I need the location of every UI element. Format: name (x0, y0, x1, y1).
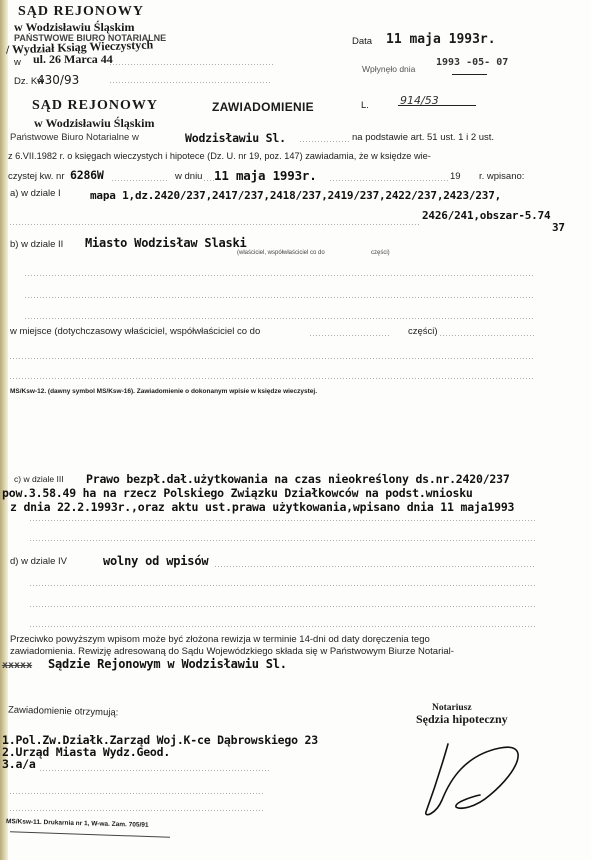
year-prefix: 19 (450, 171, 461, 182)
signature-title: Sędzia hipoteczny (416, 712, 508, 727)
appeal-text-line1: Przeciwko powyższym wpisom może być złoż… (10, 634, 430, 645)
section-b-owner: Miasto Wodzisław Slaski (85, 236, 247, 250)
entry-date-label: w dniu (175, 171, 202, 182)
section-c-line2: pow.3.58.49 ha na rzecz Polskiego Związk… (2, 486, 473, 500)
section-a-line3: 37 (552, 221, 565, 234)
address-prefix: w (14, 57, 21, 68)
section-c-line1: Prawo bezpł.dał.użytkowania na czas nieo… (86, 472, 510, 486)
received-stamp-date: 1993 -05- 07 (436, 57, 508, 68)
section-b-hint: (właściciel, współwłaściciel co do (237, 250, 325, 256)
legal-reference: z 6.VII.1982 r. o księgach wieczystych i… (8, 151, 431, 161)
kw-label: czystej kw. nr (8, 171, 65, 182)
previous-owner-label: w miejsce (dotychczasowy właściciel, wsp… (10, 326, 260, 337)
court-address: ul. 26 Marca 44 (33, 52, 113, 67)
section-b-hint-end: części) (371, 250, 390, 256)
section-a-label: a) w dziale I (10, 188, 61, 199)
kw-number: 6286W (70, 168, 104, 182)
recipients-label: Zawiadomienie otrzymują: (8, 705, 119, 719)
entry-date: 11 maja 1993r. (214, 168, 317, 183)
document-page: SĄD REJONOWY w Wodzisławiu Śląskim PAŃST… (0, 0, 591, 860)
previous-owner-end: części) (408, 326, 438, 337)
recipient-3: 3.a/a (2, 757, 36, 771)
document-title: ZAWIADOMIENIE (212, 100, 314, 114)
section-a-line2: 2426/241,obszar-5.74 (422, 209, 550, 222)
legal-basis: na podstawie art. 51 ust. 1 i 2 ust. (352, 132, 494, 143)
received-label: Wpłynęło dnia (362, 64, 415, 74)
print-info: MS/Ksw-11. Drukarnia nr 1, W-wa. Zam. 70… (6, 818, 149, 829)
appeal-text-line2: zawiadomienia. Rewizję adresowaną do Sąd… (10, 646, 454, 657)
appeal-struck-text: xxxxx (2, 660, 32, 671)
issuer-city: Wodzisławiu Sl. (185, 131, 286, 145)
section-d-value: wolny od wpisów (103, 554, 208, 568)
section-c-line3: z dnia 22.2.1993r.,oraz aktu ust.prawa u… (10, 500, 514, 514)
case-number: 430/93 (37, 73, 79, 87)
court-stamp-title: SĄD REJONOWY (18, 4, 144, 20)
appeal-court: Sądzie Rejonowym w Wodzisławiu Sl. (48, 657, 287, 671)
court-stamp-title-2: SĄD REJONOWY (32, 98, 158, 114)
date-value: 11 maja 1993r. (386, 32, 496, 47)
reference-prefix: L. (361, 100, 369, 111)
page-binding-edge (0, 0, 8, 860)
date-label: Data (352, 36, 372, 47)
section-d-label: d) w dziale IV (10, 556, 67, 567)
entry-label: r. wpisano: (479, 171, 524, 182)
form-symbol: MS/Ksw-12. (dawny symbol MS/Ksw-16). Zaw… (10, 388, 317, 395)
section-c-label: c) w dziale III (14, 474, 64, 484)
issuer-prefix: Państwowe Biuro Notarialne w (10, 132, 139, 143)
court-stamp-subtitle-2: w Wodzisławiu Śląskim (34, 116, 154, 131)
section-b-label: b) w dziale II (10, 239, 63, 250)
handwritten-signature (420, 740, 540, 820)
section-a-line1: mapa 1,dz.2420/237,2417/237,2418/237,241… (90, 189, 501, 202)
